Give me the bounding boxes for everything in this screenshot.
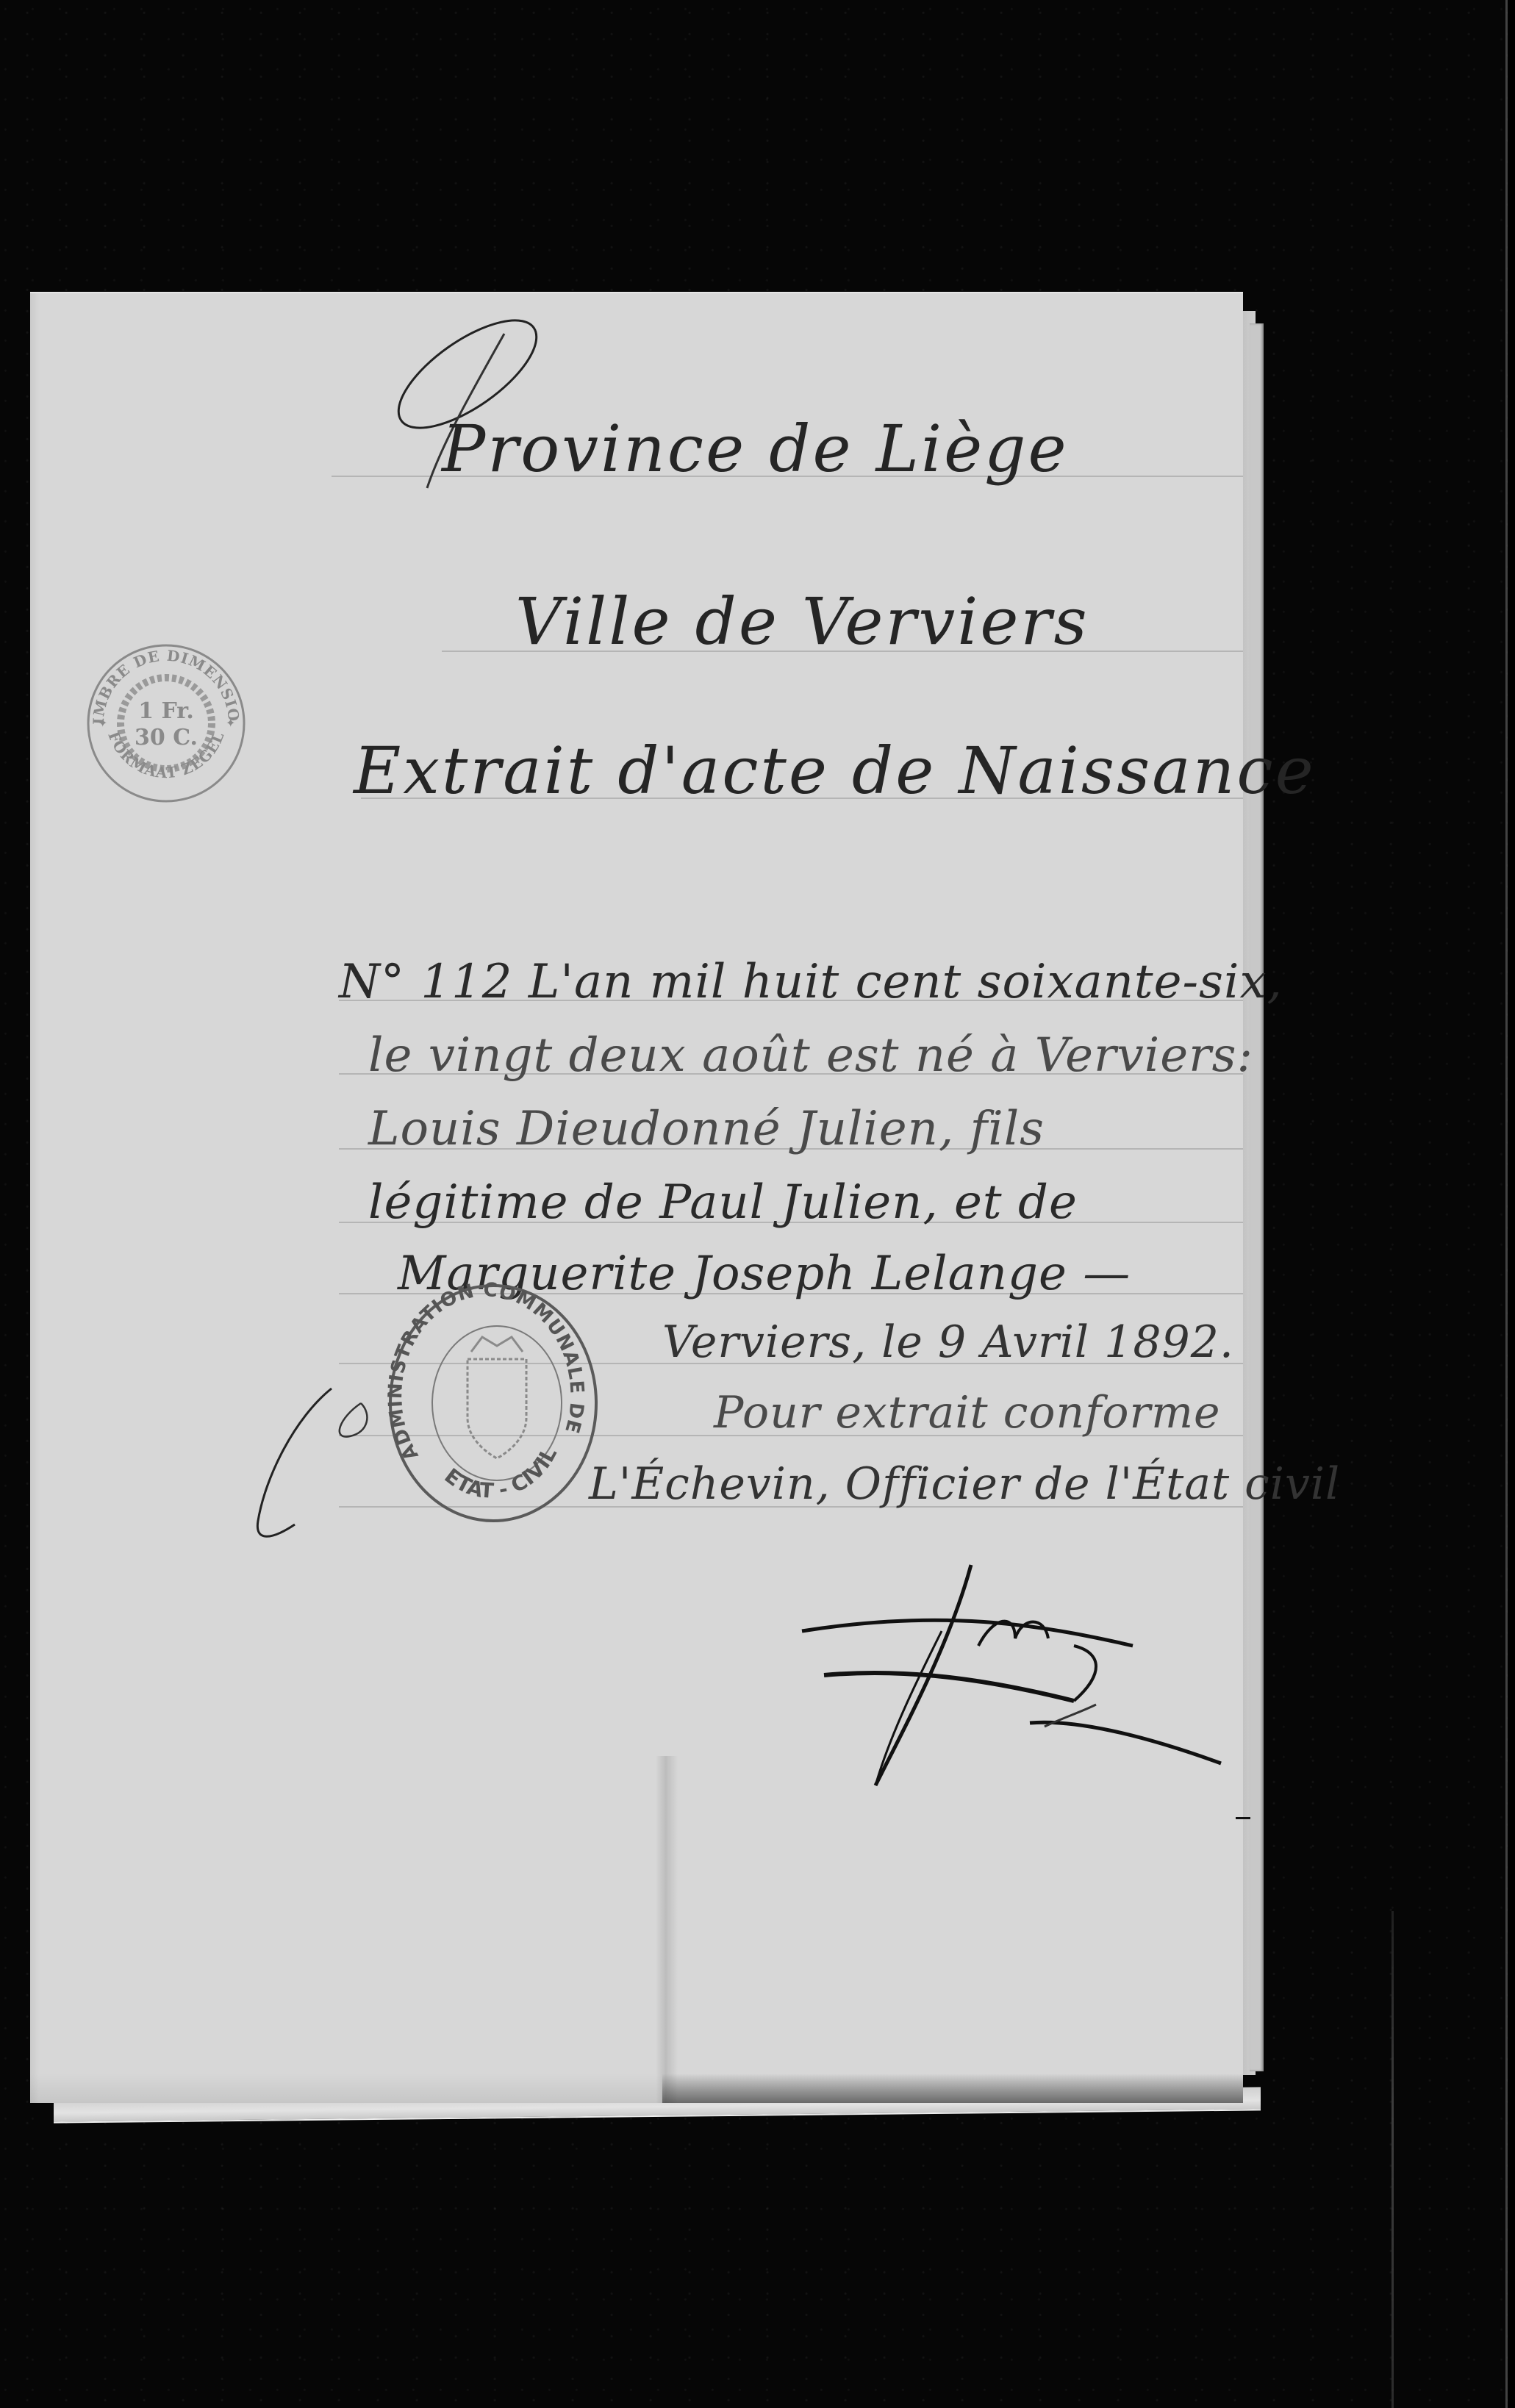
place-date: Verviers, le 9 Avril 1892. (662, 1316, 1234, 1368)
svg-text:ADMINISTRATION COMMUNALE DE VE: ADMINISTRATION COMMUNALE DE VERVIERS (383, 1278, 588, 1464)
svg-text:✦: ✦ (98, 716, 107, 730)
municipal-seal: ADMINISTRATION COMMUNALE DE VERVIERS ETA… (383, 1278, 604, 1528)
edge-mark (1236, 1817, 1250, 1819)
heading-city: Ville de Verviers (515, 584, 1089, 659)
seal-bottom-text: ETAT - CIVIL (440, 1443, 562, 1503)
film-border (1508, 0, 1515, 2408)
body-line-3: Louis Dieudonné Julien, fils (368, 1102, 1045, 1156)
svg-text:✦: ✦ (226, 716, 235, 730)
seal-outer-text: ADMINISTRATION COMMUNALE DE VERVIERS (383, 1278, 588, 1464)
document-page: Province de Liège Ville de Verviers Extr… (30, 292, 1243, 2103)
certification-line-1: Pour extrait conforme (714, 1387, 1221, 1438)
svg-text:ETAT - CIVIL: ETAT - CIVIL (440, 1443, 562, 1503)
signature (795, 1543, 1236, 1807)
paper-shadow (662, 2074, 1243, 2103)
body-line-2: le vingt deux août est né à Verviers: (368, 1028, 1253, 1083)
body-line-1: N° 112 L'an mil huit cent soixante-six, (339, 955, 1283, 1009)
fiscal-stamp-value-2: 30 C. (135, 725, 198, 750)
film-scratch (1392, 1911, 1394, 2408)
fiscal-stamp: TIMBRE DE DIMENSION FORMAAT ZEGEL 1 Fr. … (82, 639, 251, 808)
heading-province: Province de Liège (442, 411, 1069, 487)
body-line-4: légitime de Paul Julien, et de (368, 1175, 1078, 1230)
heading-title: Extrait d'acte de Naissance (354, 733, 1316, 809)
paper-crease (656, 1756, 678, 2103)
certification-line-2: L'Échevin, Officier de l'État civil (589, 1458, 1340, 1510)
fiscal-stamp-value-1: 1 Fr. (138, 698, 194, 724)
underlying-sheet-edge-2 (1250, 323, 1264, 2071)
